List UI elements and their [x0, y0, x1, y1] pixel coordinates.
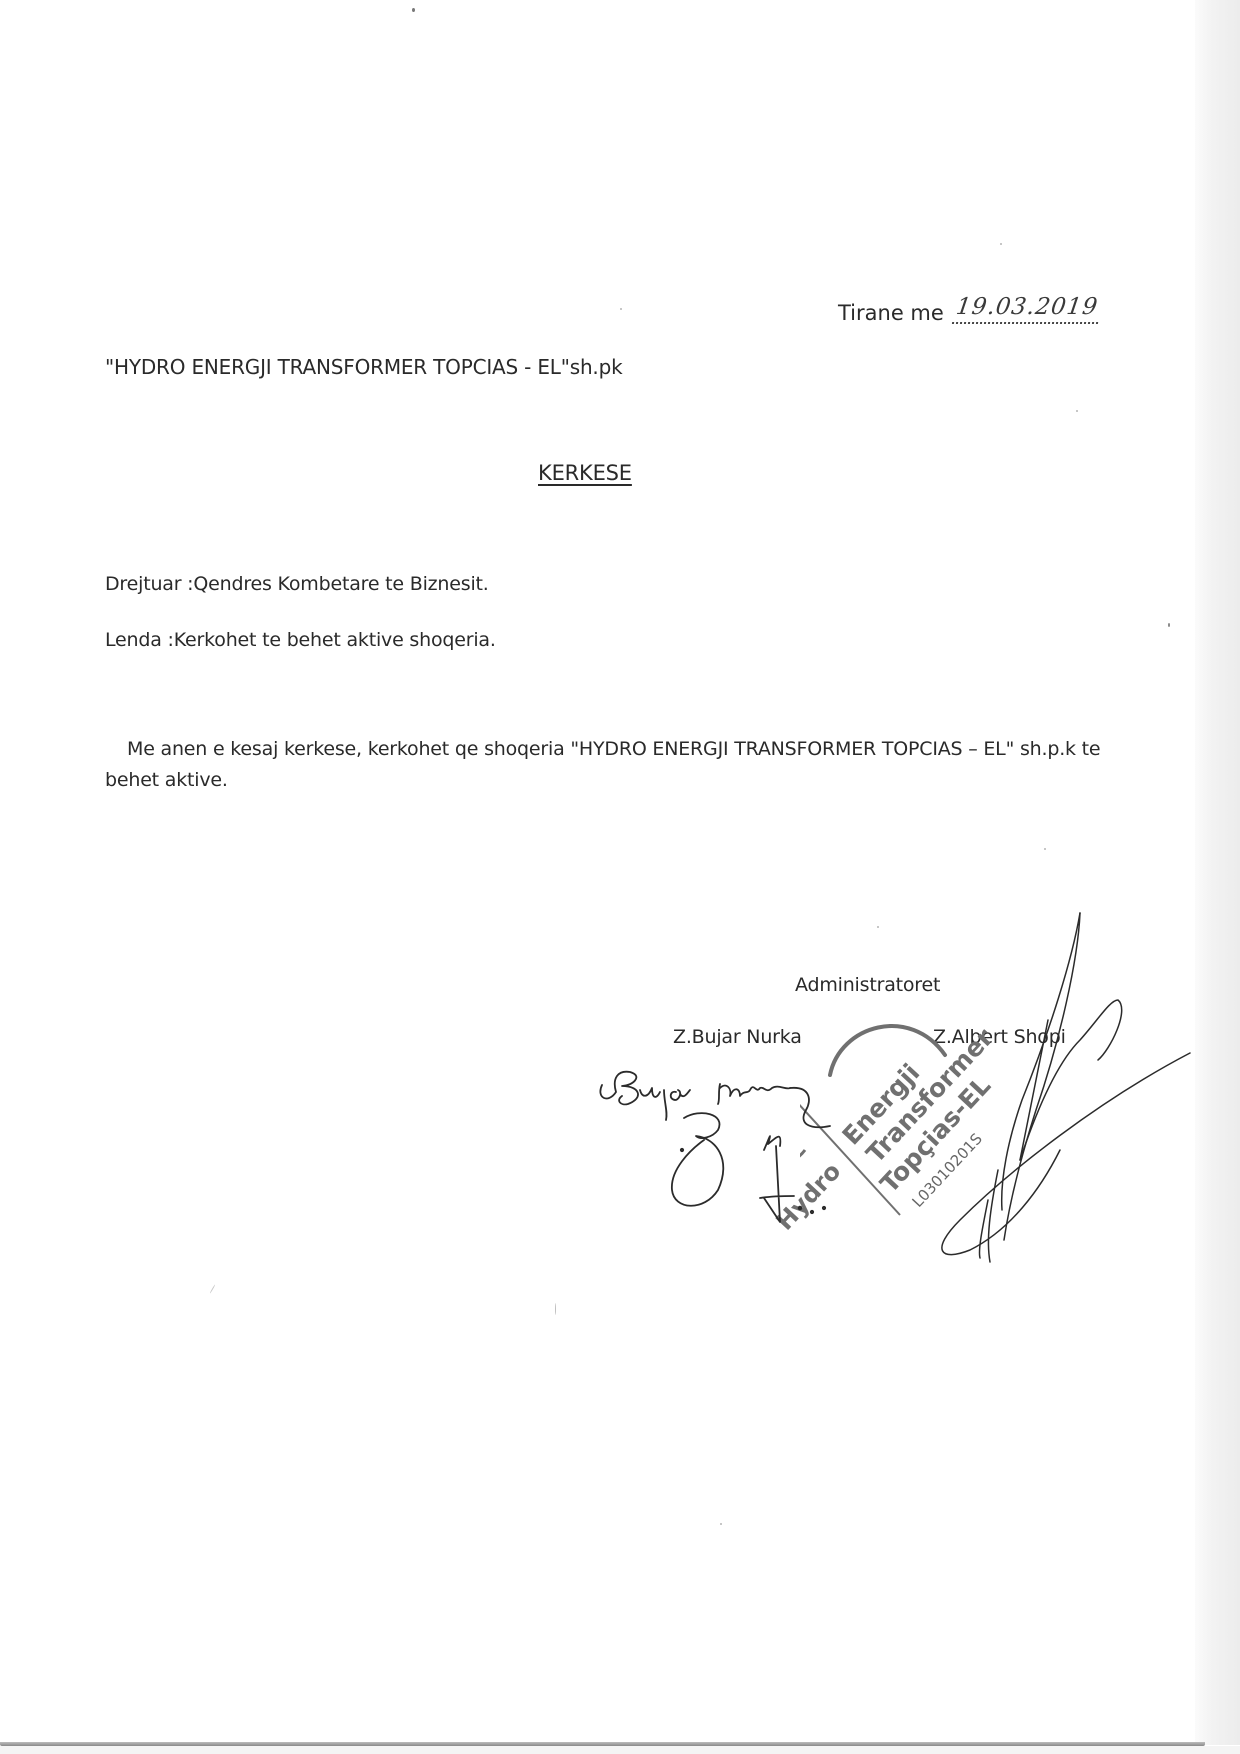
signatures-layer	[0, 0, 1240, 1754]
stamp-text-topcias: Topçias-EL	[876, 1072, 995, 1197]
scan-speck	[1000, 243, 1002, 245]
signatory-name-1: Z.Bujar Nurka	[673, 1028, 802, 1047]
scan-speck	[620, 308, 622, 310]
scan-speck	[720, 1523, 722, 1525]
company-header: "HYDRO ENERGJI TRANSFORMER TOPCIAS - EL"…	[105, 357, 622, 377]
place-label: Tirane me	[838, 301, 944, 325]
signature-bujar-nurka-icon	[600, 1072, 830, 1222]
handwritten-date: 19.03.2019	[952, 294, 1102, 324]
scanned-page: Tirane me19.03.2019 "HYDRO ENERGJI TRANS…	[0, 0, 1240, 1754]
scan-speck	[1044, 848, 1046, 850]
stamp-text-hydro: Hydro	[772, 1159, 845, 1235]
stamp-text-energji: Energji	[838, 1059, 924, 1149]
scan-bottom-edge	[0, 1742, 1205, 1746]
scan-speck	[210, 1284, 216, 1293]
signature-heading: Administratoret	[795, 976, 940, 995]
body-paragraph: Me anen e kesaj kerkese, kerkohet qe sho…	[105, 734, 1115, 796]
stamp-registration-code: L03010201S	[910, 1131, 985, 1210]
signature-albert-shopi-icon	[942, 913, 1190, 1262]
addressed-to: Drejtuar :Qendres Kombetare te Biznesit.	[105, 575, 489, 594]
subject-line: Lenda :Kerkohet te behet aktive shoqeria…	[105, 631, 496, 650]
scan-speck	[555, 1303, 556, 1315]
scan-edge-shadow	[1195, 0, 1240, 1745]
document-title: KERKESE	[538, 463, 632, 484]
signatory-name-2: Z.Albert Shopi	[933, 1028, 1066, 1047]
scan-bottom-shade	[0, 1746, 1240, 1754]
scan-speck	[1168, 623, 1170, 627]
date-line: Tirane me19.03.2019	[838, 300, 1100, 330]
scan-speck	[1076, 410, 1078, 412]
scan-speck	[412, 8, 415, 12]
scan-speck	[877, 926, 879, 928]
